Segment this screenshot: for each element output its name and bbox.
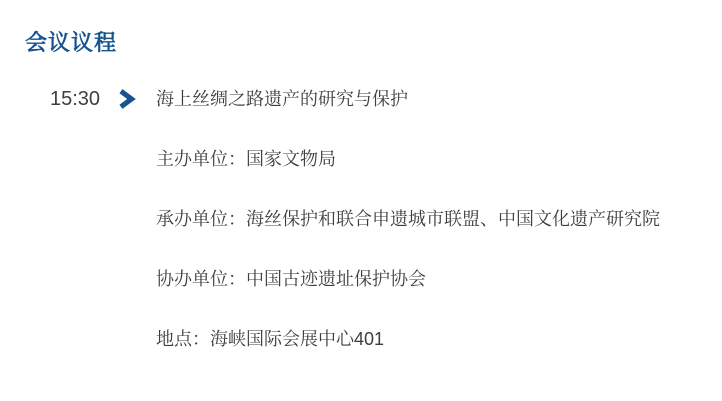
agenda-item-content: 海上丝绸之路遗产的研究与保护 主办单位：国家文物局 承办单位：海丝保护和联合申遗…	[156, 87, 722, 351]
agenda-section: 15:30 海上丝绸之路遗产的研究与保护 主办单位：国家文物局 承办单位：海丝保…	[0, 87, 722, 351]
session-time: 15:30	[50, 87, 115, 111]
page-title: 会议议程	[25, 29, 117, 57]
detail-co-organizer: 协办单位：中国古迹遗址保护协会	[156, 267, 722, 291]
agenda-item: 15:30 海上丝绸之路遗产的研究与保护 主办单位：国家文物局 承办单位：海丝保…	[0, 87, 722, 351]
chevron-right-icon	[115, 88, 137, 110]
detail-host: 承办单位：海丝保护和联合申遗城市联盟、中国文化遗产研究院	[156, 207, 722, 231]
detail-location: 地点：海峡国际会展中心401	[156, 327, 722, 351]
detail-organizer: 主办单位：国家文物局	[156, 147, 722, 171]
session-title: 海上丝绸之路遗产的研究与保护	[156, 87, 722, 111]
agenda-page: 会议议程 15:30 海上丝绸之路遗产的研究与保护 主办单位：国家文物局 承办单…	[0, 0, 722, 401]
